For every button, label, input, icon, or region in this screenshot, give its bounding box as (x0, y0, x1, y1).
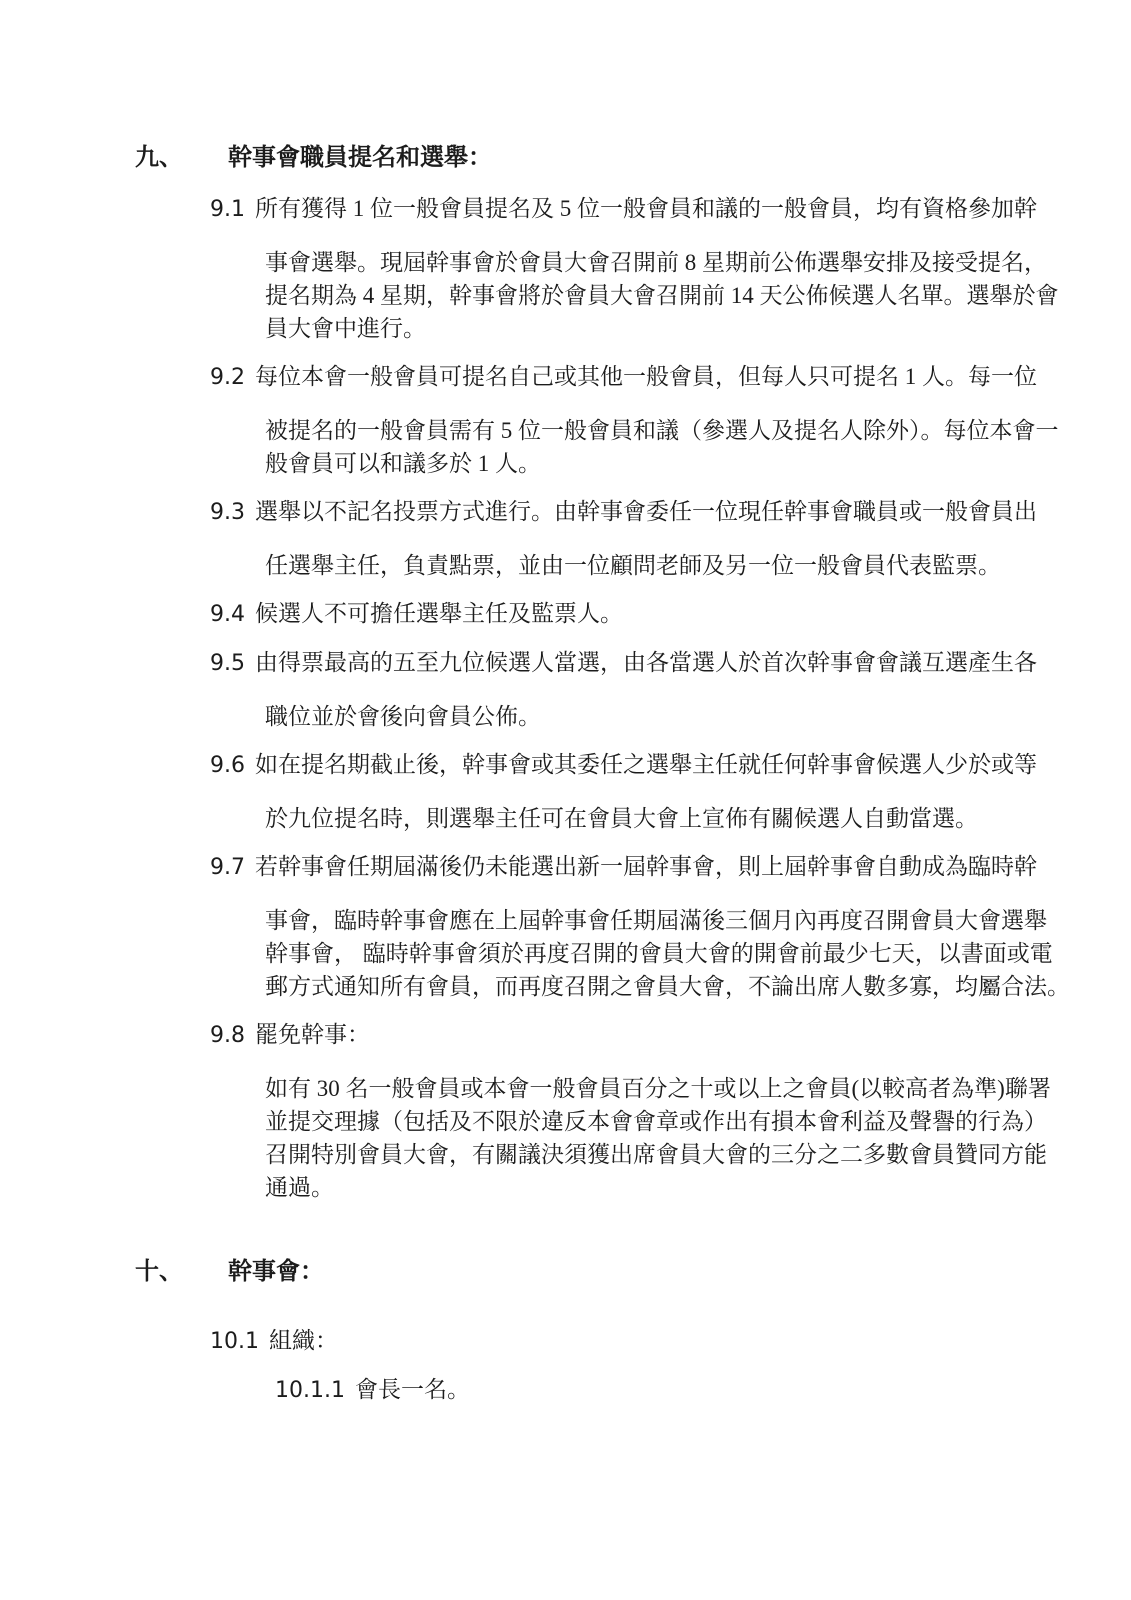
clause-text: 候選人不可擔任選舉主任及監票人。 (255, 601, 623, 626)
clause-number: 9.3 (210, 500, 245, 525)
clause-text: 組織： (269, 1328, 338, 1353)
clause-continuation: 任選舉主任，負責點票，並由一位顧問老師及另一位一般會員代表監票。 (265, 549, 1041, 582)
clause-first-line: 9.6如在提名期截止後，幹事會或其委任之選舉主任就任何幹事會候選人少於或等 (210, 748, 1041, 782)
clause-text: 若幹事會任期屆滿後仍未能選出新一屆幹事會，則上屆幹事會自動成為臨時幹 (255, 854, 1037, 879)
section-10-title: 幹事會： (228, 1254, 324, 1290)
clause-10-1-1: 10.1.1會長一名。 (135, 1373, 1041, 1407)
clause-10-1: 10.1組織： (135, 1324, 1041, 1358)
clause-first-line: 9.3選舉以不記名投票方式進行。由幹事會委任一位現任幹事會職員或一般會員出 (210, 495, 1041, 529)
clause-text: 並提交理據（包括及不限於違反本會會章或作出有損本會利益及聲譽的行為） (265, 1105, 1041, 1138)
clause-first-line: 9.8罷免幹事： (210, 1018, 1041, 1052)
clause-number: 9.7 (210, 855, 245, 880)
clause-text: 如有 30 名一般會員或本會一般會員百分之十或以上之會員(以較高者為準)聯署 (265, 1072, 1041, 1105)
clause-text: 於九位提名時，則選舉主任可在會員大會上宣佈有關候選人自動當選。 (265, 802, 1041, 835)
clause-first-line: 9.7若幹事會任期屆滿後仍未能選出新一屆幹事會，則上屆幹事會自動成為臨時幹 (210, 850, 1041, 884)
clause-text: 選舉以不記名投票方式進行。由幹事會委任一位現任幹事會職員或一般會員出 (255, 499, 1037, 524)
clause-text: 所有獲得 1 位一般會員提名及 5 位一般會員和議的一般會員，均有資格參加幹 (255, 196, 1037, 221)
clause-text: 由得票最高的五至九位候選人當選，由各當選人於首次幹事會會議互選產生各 (255, 650, 1037, 675)
clause-first-line: 10.1組織： (210, 1324, 1041, 1358)
clause-9-7: 9.7若幹事會任期屆滿後仍未能選出新一屆幹事會，則上屆幹事會自動成為臨時幹 事會… (135, 850, 1041, 1003)
clause-text: 幹事會， 臨時幹事會須於再度召開的會員大會的開會前最少七天，以書面或電 (265, 937, 1041, 970)
clause-text: 會長一名。 (355, 1377, 470, 1402)
clause-text: 罷免幹事： (255, 1022, 370, 1047)
clause-text: 事會，臨時幹事會應在上屆幹事會任期屆滿後三個月內再度召開會員大會選舉 (265, 904, 1041, 937)
clause-9-5: 9.5由得票最高的五至九位候選人當選，由各當選人於首次幹事會會議互選產生各 職位… (135, 646, 1041, 733)
clause-text: 召開特別會員大會，有關議決須獲出席會員大會的三分之二多數會員贊同方能 (265, 1138, 1041, 1171)
clause-text: 每位本會一般會員可提名自己或其他一般會員，但每人只可提名 1 人。每一位 (255, 364, 1037, 389)
section-10-heading: 十、 幹事會： (135, 1254, 1041, 1290)
clause-text: 員大會中進行。 (265, 312, 1041, 345)
clause-continuation: 被提名的一般會員需有 5 位一般會員和議（參選人及提名人除外）。每位本會一 般會… (265, 414, 1041, 480)
document-page: 九、 幹事會職員提名和選舉： 9.1所有獲得 1 位一般會員提名及 5 位一般會… (0, 0, 1131, 1600)
clause-first-line: 10.1.1會長一名。 (275, 1373, 1041, 1407)
clause-number: 10.1.1 (275, 1378, 345, 1403)
clause-continuation: 事會，臨時幹事會應在上屆幹事會任期屆滿後三個月內再度召開會員大會選舉 幹事會， … (265, 904, 1041, 1003)
clause-9-2: 9.2每位本會一般會員可提名自己或其他一般會員，但每人只可提名 1 人。每一位 … (135, 360, 1041, 480)
clause-text: 通過。 (265, 1171, 1041, 1204)
clause-number: 9.4 (210, 602, 245, 627)
clause-text: 如在提名期截止後，幹事會或其委任之選舉主任就任何幹事會候選人少於或等 (255, 752, 1037, 777)
clause-continuation: 於九位提名時，則選舉主任可在會員大會上宣佈有關候選人自動當選。 (265, 802, 1041, 835)
clause-number: 9.8 (210, 1023, 245, 1048)
clause-text: 職位並於會後向會員公佈。 (265, 700, 1041, 733)
clause-text: 任選舉主任，負責點票，並由一位顧問老師及另一位一般會員代表監票。 (265, 549, 1041, 582)
section-9-title: 幹事會職員提名和選舉： (228, 140, 492, 176)
section-10: 十、 幹事會： 10.1組織： 10.1.1會長一名。 (135, 1254, 1041, 1407)
clause-text: 被提名的一般會員需有 5 位一般會員和議（參選人及提名人除外）。每位本會一 (265, 414, 1041, 447)
clause-text: 事會選舉。現屆幹事會於會員大會召開前 8 星期前公佈選舉安排及接受提名， (265, 246, 1041, 279)
clause-continuation: 事會選舉。現屆幹事會於會員大會召開前 8 星期前公佈選舉安排及接受提名， 提名期… (265, 246, 1041, 345)
clause-number: 9.1 (210, 197, 245, 222)
clause-first-line: 9.5由得票最高的五至九位候選人當選，由各當選人於首次幹事會會議互選產生各 (210, 646, 1041, 680)
clause-continuation: 如有 30 名一般會員或本會一般會員百分之十或以上之會員(以較高者為準)聯署 並… (265, 1072, 1041, 1204)
clause-9-4: 9.4候選人不可擔任選舉主任及監票人。 (135, 597, 1041, 631)
clause-9-8: 9.8罷免幹事： 如有 30 名一般會員或本會一般會員百分之十或以上之會員(以較… (135, 1018, 1041, 1204)
clause-first-line: 9.1所有獲得 1 位一般會員提名及 5 位一般會員和議的一般會員，均有資格參加… (210, 192, 1041, 226)
clause-9-3: 9.3選舉以不記名投票方式進行。由幹事會委任一位現任幹事會職員或一般會員出 任選… (135, 495, 1041, 582)
clause-first-line: 9.4候選人不可擔任選舉主任及監票人。 (210, 597, 1041, 631)
clause-continuation: 職位並於會後向會員公佈。 (265, 700, 1041, 733)
clause-9-1: 9.1所有獲得 1 位一般會員提名及 5 位一般會員和議的一般會員，均有資格參加… (135, 192, 1041, 345)
clause-text: 提名期為 4 星期，幹事會將於會員大會召開前 14 天公佈候選人名單。選舉於會 (265, 279, 1041, 312)
section-10-number: 十、 (135, 1254, 228, 1290)
clause-9-6: 9.6如在提名期截止後，幹事會或其委任之選舉主任就任何幹事會候選人少於或等 於九… (135, 748, 1041, 835)
clause-first-line: 9.2每位本會一般會員可提名自己或其他一般會員，但每人只可提名 1 人。每一位 (210, 360, 1041, 394)
clause-number: 9.5 (210, 651, 245, 676)
clause-text: 般會員可以和議多於 1 人。 (265, 447, 1041, 480)
section-9-heading: 九、 幹事會職員提名和選舉： (135, 140, 1041, 176)
clause-number: 10.1 (210, 1329, 259, 1354)
clause-number: 9.2 (210, 365, 245, 390)
clause-number: 9.6 (210, 753, 245, 778)
clause-text: 郵方式通知所有會員，而再度召開之會員大會，不論出席人數多寡，均屬合法。 (265, 970, 1041, 1003)
section-9-number: 九、 (135, 140, 228, 176)
